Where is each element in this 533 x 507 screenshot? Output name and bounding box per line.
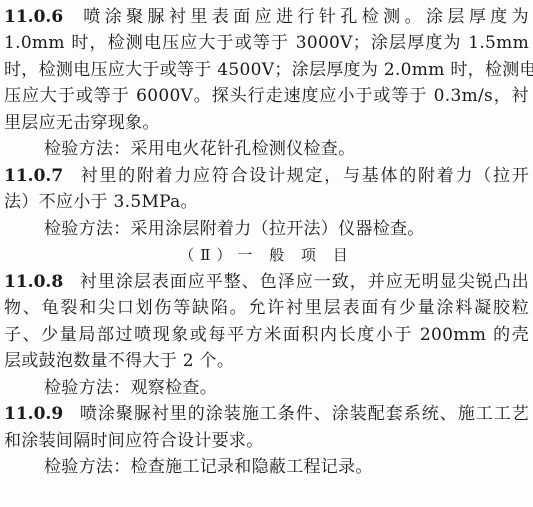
clause-11-0-6-line-2: 1.0mm 时，检测电压应大于或等于 3000V；涂层厚度为 1.5mm <box>4 30 529 56</box>
clause-11-0-6-line-3: 时，检测电压应大于或等于 4500V；涂层厚度为 2.0mm 时，检测电 <box>4 57 529 83</box>
clause-number: 11.0.8 <box>4 272 63 292</box>
clause-11-0-8-method: 检验方法：观察检查。 <box>44 375 529 401</box>
clause-11-0-9-method: 检验方法：检查施工记录和隐蔽工程记录。 <box>44 454 529 480</box>
clause-11-0-7-line-2: 法）不应小于 3.5MPa。 <box>4 189 529 215</box>
clause-11-0-7-line-1: 11.0.7衬里的附着力应符合设计规定，与基体的附着力（拉开 <box>4 163 529 189</box>
document-page: 11.0.6喷涂聚脲衬里表面应进行针孔检测。涂层厚度为 1.0mm 时，检测电压… <box>0 0 533 507</box>
clause-11-0-8-line-1: 11.0.8衬里涂层表面应平整、色泽应一致，并应无明显尖锐凸出 <box>4 269 529 295</box>
clause-11-0-8-line-3: 子、少量局部过喷现象或每平方米面积内长度小于 200mm 的壳 <box>4 322 529 348</box>
clause-number: 11.0.7 <box>4 166 63 186</box>
clause-11-0-7-method: 检验方法：采用涂层附着力（拉开法）仪器检查。 <box>44 216 529 242</box>
clause-11-0-9-line-1: 11.0.9喷涂聚脲衬里的涂装施工条件、涂装配套系统、施工工艺 <box>4 401 529 427</box>
clause-11-0-6-line-5: 里层应无击穿现象。 <box>4 110 529 136</box>
clause-11-0-6-line-1: 11.0.6喷涂聚脲衬里表面应进行针孔检测。涂层厚度为 <box>4 4 529 30</box>
section-heading: （Ⅱ）一 般 项 目 <box>0 242 533 268</box>
clause-number: 11.0.6 <box>4 7 63 27</box>
clause-11-0-8-line-4: 层或鼓泡数量不得大于 2 个。 <box>4 348 529 374</box>
clause-11-0-6-method: 检验方法：采用电火花针孔检测仪检查。 <box>44 136 529 162</box>
clause-11-0-6-line-4: 压应大于或等于 6000V。探头行走速度应小于或等于 0.3m/s，衬 <box>4 83 529 109</box>
clause-11-0-9-line-2: 和涂装间隔时间应符合设计要求。 <box>4 428 529 454</box>
clause-11-0-8-line-2: 物、龟裂和尖口划伤等缺陷。允许衬里层表面有少量涂料凝胶粒 <box>4 295 529 321</box>
clause-number: 11.0.9 <box>4 404 63 424</box>
